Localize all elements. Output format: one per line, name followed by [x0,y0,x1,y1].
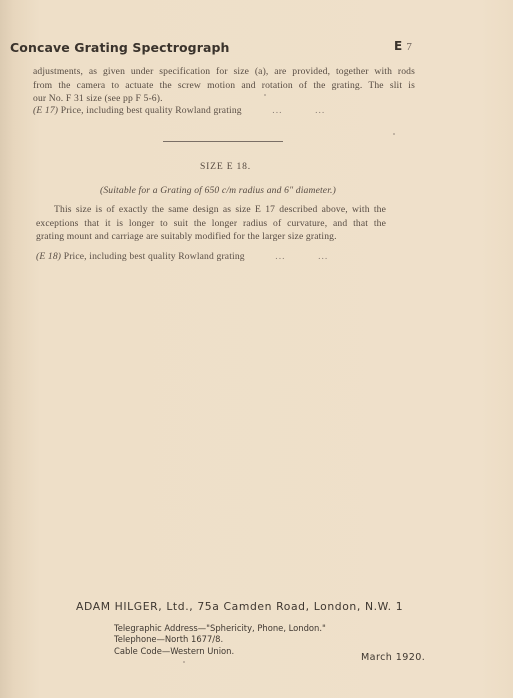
e17-description: adjustments, as given under specificatio… [33,65,415,106]
e18-description: This size is of exactly the same design … [36,203,386,244]
e18-subtitle: (Suitable for a Grating of 650 c/m radiu… [100,185,336,196]
e17-line-3: our No. F 31 size (see pp F 5-6). [33,92,415,106]
page-number: E 7 [394,39,412,53]
page-number-value: 7 [406,41,412,53]
e18-line-2: exceptions that it is longer to suit the… [36,217,386,231]
footer-telegraphic-address: Telegraphic Address—"Sphericity, Phone, … [114,623,326,634]
e17-price-line: (E 17) Price, including best quality Row… [33,105,325,116]
page-header-title: Concave Grating Spectrograph [10,40,230,55]
footer-date: March 1920. [361,652,425,663]
e18-code: (E 18) [36,251,61,262]
e18-leader-dots-2: ... [318,251,328,262]
e18-price-line: (E 18) Price, including best quality Row… [36,251,328,262]
footer-company-address: ADAM HILGER, Ltd., 75a Camden Road, Lond… [76,600,403,613]
footer-telephone: Telephone—North 1677/8. [114,634,326,645]
e17-line-1: adjustments, as given under specificatio… [33,65,415,79]
e17-leader-dots-1: ... [272,105,282,116]
page-number-prefix: E [394,39,402,53]
e18-heading: SIZE E 18. [200,161,251,172]
footer-contact-block: Telegraphic Address—"Sphericity, Phone, … [114,623,326,657]
footer-cable-code: Cable Code—Western Union. [114,646,326,657]
e17-price-label: Price, including best quality Rowland gr… [61,105,242,116]
e18-line-3: grating mount and carriage are suitably … [36,230,386,244]
e18-line-1: This size is of exactly the same design … [36,203,386,217]
paper-speck [393,133,395,135]
paper-speck [183,661,185,663]
e17-code: (E 17) [33,105,58,116]
e17-line-2: from the camera to actuate the screw mot… [33,79,415,93]
e18-heading-row: SIZE E 18. [0,161,513,172]
e17-leader-dots-2: ... [315,105,325,116]
e18-leader-dots-1: ... [275,251,285,262]
section-divider [163,141,283,142]
e18-price-label: Price, including best quality Rowland gr… [64,251,245,262]
catalogue-page: Concave Grating Spectrograph E 7 adjustm… [0,0,513,698]
paper-speck [264,94,266,96]
